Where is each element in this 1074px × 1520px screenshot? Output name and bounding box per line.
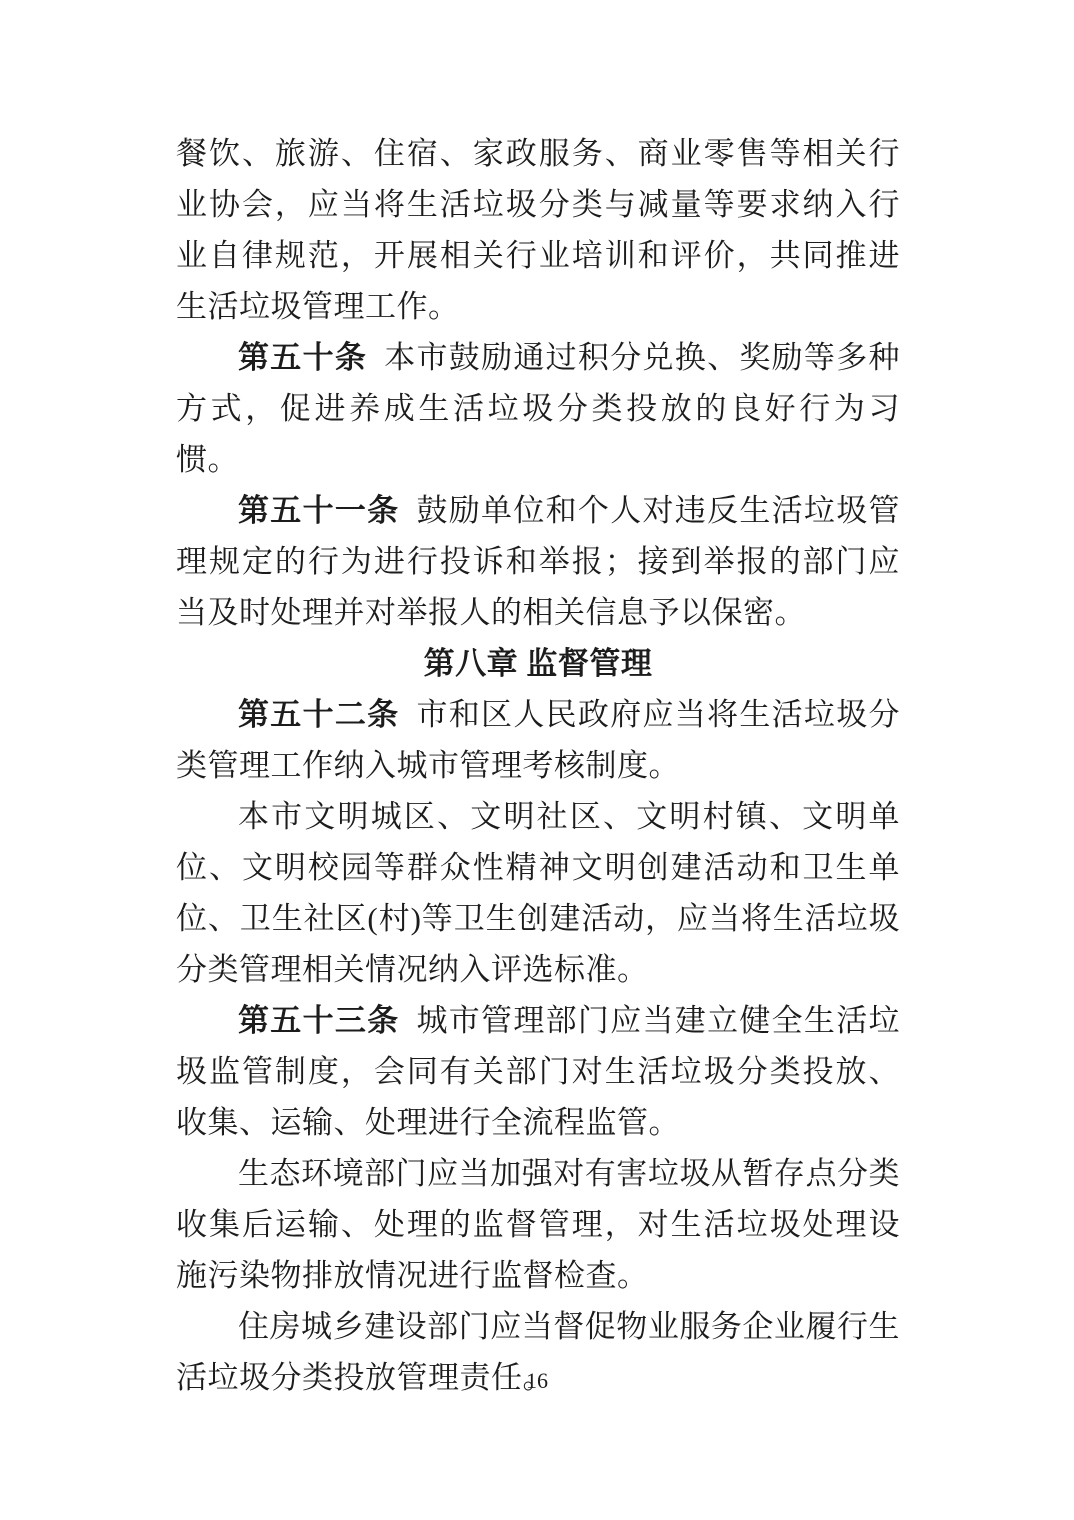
paragraph-article-53: 第五十三条城市管理部门应当建立健全生活垃圾监管制度，会同有关部门对生活垃圾分类投… [176,995,900,1148]
document-content: 餐饮、旅游、住宿、家政服务、商业零售等相关行业协会，应当将生活垃圾分类与减量等要… [176,128,900,1403]
paragraph-article-52: 第五十二条市和区人民政府应当将生活垃圾分类管理工作纳入城市管理考核制度。 [176,689,900,791]
paragraph-ecology-environment: 生态环境部门应当加强对有害垃圾从暂存点分类收集后运输、处理的监督管理，对生活垃圾… [176,1148,900,1301]
page-number: 16 [0,1366,1074,1396]
paragraph-continuation: 餐饮、旅游、住宿、家政服务、商业零售等相关行业协会，应当将生活垃圾分类与减量等要… [176,128,900,332]
paragraph-civilized-districts: 本市文明城区、文明社区、文明村镇、文明单位、文明校园等群众性精神文明创建活动和卫… [176,791,900,995]
article-53-label: 第五十三条 [238,1003,399,1038]
chapter-8-heading: 第八章 监督管理 [176,638,900,689]
document-page: 餐饮、旅游、住宿、家政服务、商业零售等相关行业协会，应当将生活垃圾分类与减量等要… [0,0,1074,1520]
paragraph-article-50: 第五十条本市鼓励通过积分兑换、奖励等多种方式，促进养成生活垃圾分类投放的良好行为… [176,332,900,485]
article-51-label: 第五十一条 [238,493,399,528]
article-52-label: 第五十二条 [238,697,399,732]
paragraph-article-51: 第五十一条鼓励单位和个人对违反生活垃圾管理规定的行为进行投诉和举报；接到举报的部… [176,485,900,638]
article-50-label: 第五十条 [238,340,367,375]
